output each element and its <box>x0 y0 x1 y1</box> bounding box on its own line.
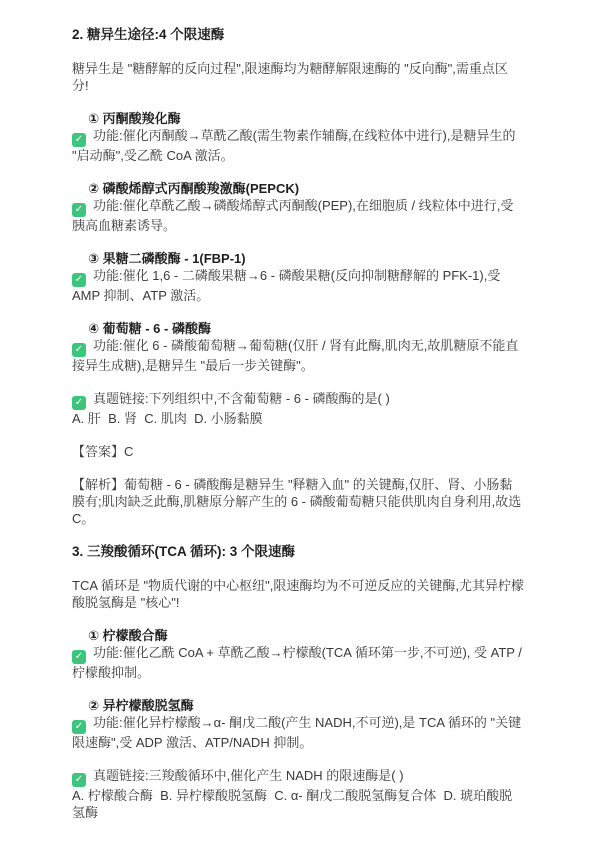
analysis-paragraph: 【解析】葡萄糖 - 6 - 磷酸酶是糖异生 "释糖入血" 的关键酶,仅肝、肾、小… <box>72 476 524 527</box>
enzyme-block-pepck: ② 磷酸烯醇式丙酮酸羧激酶(PEPCK) ✓功能:催化草酰乙酸→磷酸烯醇式丙酮酸… <box>72 180 524 234</box>
check-icon: ✓ <box>72 343 86 357</box>
check-icon: ✓ <box>72 273 86 287</box>
enzyme-block-g6pase: ④ 葡萄糖 - 6 - 磷酸酶 ✓功能:催化 6 - 磷酸葡萄糖→葡萄糖(仅肝 … <box>72 320 524 374</box>
check-icon: ✓ <box>72 133 86 147</box>
section-3-heading: 3. 三羧酸循环(TCA 循环): 3 个限速酶 <box>72 543 524 561</box>
enzyme-function: 功能:催化 1,6 - 二磷酸果糖→6 - 磷酸果糖(反向抑制糖酵解的 PFK-… <box>72 268 504 303</box>
check-icon: ✓ <box>72 773 86 787</box>
question-options: A. 肝 B. 肾 C. 肌肉 D. 小肠黏膜 <box>72 410 524 427</box>
enzyme-title: ② 异柠檬酸脱氢酶 <box>72 697 524 714</box>
check-icon: ✓ <box>72 720 86 734</box>
enzyme-title: ③ 果糖二磷酸酶 - 1(FBP-1) <box>72 250 524 267</box>
question-link: 真题链接:下列组织中,不含葡萄糖 - 6 - 磷酸酶的是( ) <box>93 391 390 406</box>
enzyme-title: ① 丙酮酸羧化酶 <box>72 110 524 127</box>
enzyme-block-isocitrate-dehydrogenase: ② 异柠檬酸脱氢酶 ✓功能:催化异柠檬酸→α- 酮戊二酸(产生 NADH,不可逆… <box>72 697 524 751</box>
check-icon: ✓ <box>72 203 86 217</box>
enzyme-function: 功能:催化 6 - 磷酸葡萄糖→葡萄糖(仅肝 / 肾有此酶,肌肉无,故肌糖原不能… <box>72 338 518 373</box>
enzyme-function: 功能:催化草酰乙酸→磷酸烯醇式丙酮酸(PEP),在细胞质 / 线粒体中进行,受胰… <box>72 198 513 233</box>
enzyme-title: ② 磷酸烯醇式丙酮酸羧激酶(PEPCK) <box>72 180 524 197</box>
enzyme-block-fbp1: ③ 果糖二磷酸酶 - 1(FBP-1) ✓功能:催化 1,6 - 二磷酸果糖→6… <box>72 250 524 304</box>
enzyme-title: ④ 葡萄糖 - 6 - 磷酸酶 <box>72 320 524 337</box>
enzyme-function: 功能:催化乙酰 CoA + 草酰乙酸→柠檬酸(TCA 循环第一步,不可逆), 受… <box>72 645 526 680</box>
question-link-row: ✓真题链接:三羧酸循环中,催化产生 NADH 的限速酶是( ) <box>72 767 524 787</box>
question-link: 真题链接:三羧酸循环中,催化产生 NADH 的限速酶是( ) <box>93 768 404 783</box>
enzyme-title: ① 柠檬酸合酶 <box>72 627 524 644</box>
enzyme-function: 功能:催化丙酮酸→草酰乙酸(需生物素作辅酶,在线粒体中进行),是糖异生的 "启动… <box>72 128 519 163</box>
enzyme-block-pyruvate-carboxylase: ① 丙酮酸羧化酶 ✓功能:催化丙酮酸→草酰乙酸(需生物素作辅酶,在线粒体中进行)… <box>72 110 524 164</box>
section-2-intro: 糖异生是 "糖酵解的反向过程",限速酶均为糖酵解限速酶的 "反向酶",需重点区分… <box>72 60 524 94</box>
enzyme-block-citrate-synthase: ① 柠檬酸合酶 ✓功能:催化乙酰 CoA + 草酰乙酸→柠檬酸(TCA 循环第一… <box>72 627 524 681</box>
enzyme-function: 功能:催化异柠檬酸→α- 酮戊二酸(产生 NADH,不可逆),是 TCA 循环的… <box>72 715 521 750</box>
section-3-intro: TCA 循环是 "物质代谢的中心枢纽",限速酶均为不可逆反应的关键酶,尤其异柠檬… <box>72 577 524 611</box>
document-page: 2. 糖异生途径:4 个限速酶 糖异生是 "糖酵解的反向过程",限速酶均为糖酵解… <box>0 0 596 842</box>
question-options: A. 柠檬酸合酶 B. 异柠檬酸脱氢酶 C. α- 酮戊二酸脱氢酶复合体 D. … <box>72 787 524 821</box>
section-2-heading: 2. 糖异生途径:4 个限速酶 <box>72 26 524 44</box>
question-link-row: ✓真题链接:下列组织中,不含葡萄糖 - 6 - 磷酸酶的是( ) <box>72 390 524 410</box>
answer-line: 【答案】C <box>72 443 524 460</box>
check-icon: ✓ <box>72 396 86 410</box>
check-icon: ✓ <box>72 650 86 664</box>
